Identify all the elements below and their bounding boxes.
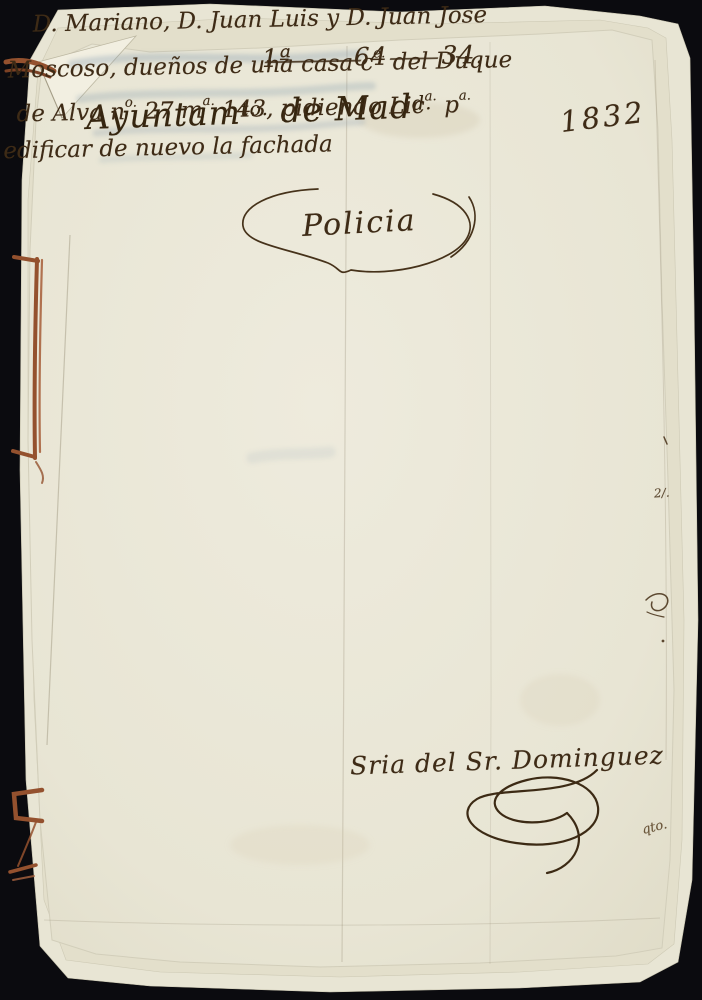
text-segment: edificar de nuevo la fachada [3, 132, 333, 165]
edge-mark-upper: 2/. [654, 485, 670, 500]
text-segment: 27 m [137, 98, 203, 125]
text-segment: e. [373, 46, 385, 61]
text-segment: D. Mariano, D. Juan Luis y D. Juan Jose [32, 2, 487, 38]
classification-label: Policia [301, 203, 417, 244]
text-segment: p [437, 93, 460, 119]
text-segment: 143, pidiendo Lic [215, 93, 425, 123]
text-segment: a. [424, 90, 436, 105]
text-segment: a. [202, 94, 214, 109]
petition-summary: D. Mariano, D. Juan Luis y D. Juan Jose … [0, 0, 702, 170]
text-segment: a. [459, 89, 471, 104]
manuscript-scan: 1ª—64—34. Ayuntamto. de Madd. 1832 Polic… [0, 0, 702, 1000]
text-segment: o. [125, 96, 137, 111]
text-segment: del Duque [385, 47, 512, 76]
text-segment: de Alva n [16, 100, 125, 128]
text-segment: Moscoso, dueños de una casa c [7, 49, 373, 83]
